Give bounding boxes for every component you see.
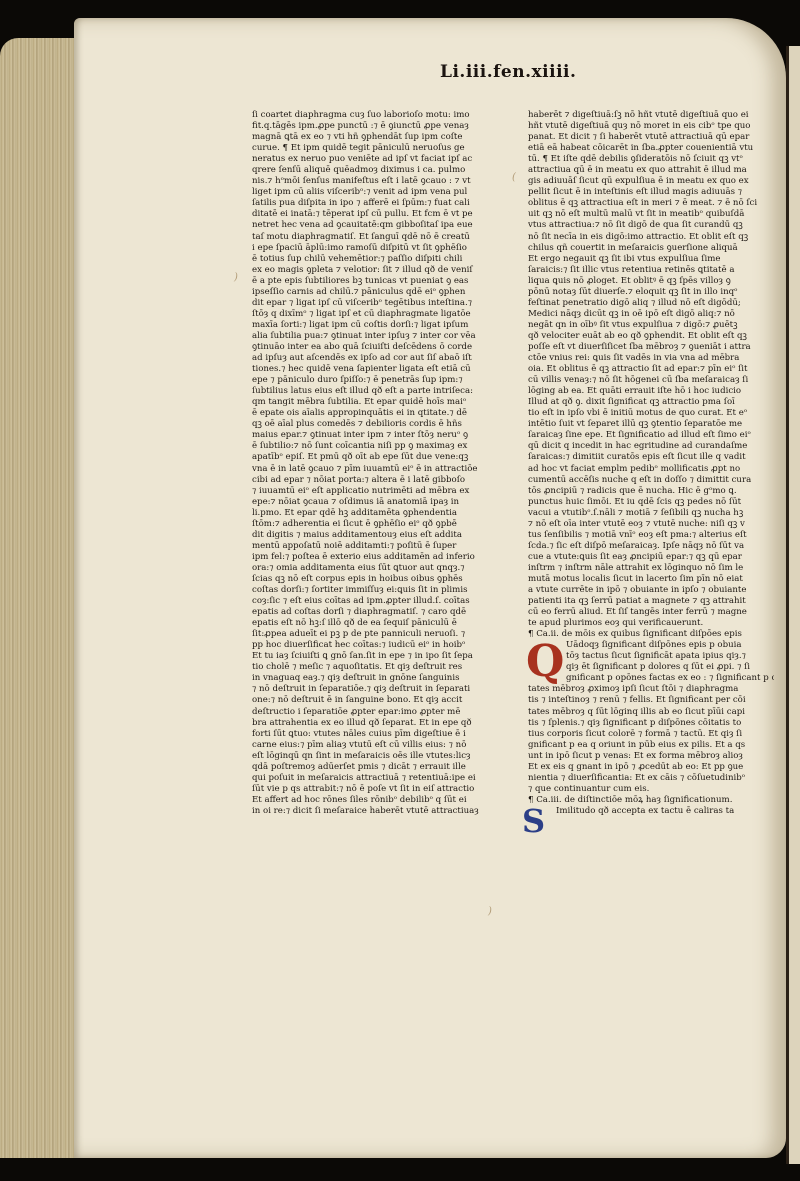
text-line: curue. ¶ Et ipm quidē tegit pāniculū ner… bbox=[252, 143, 498, 154]
text-line: uit qꝫ nō eſt multū malū vt ſit in meati… bbox=[528, 209, 774, 220]
running-head: Li.iii.fen.xiiii. bbox=[440, 62, 576, 82]
text-line: oblitus ē qꝫ attractiua eſt in meri ⁊ ē … bbox=[528, 198, 774, 209]
text-line: ad hoc vt faciat emplm pedibᵒ mollificat… bbox=[528, 464, 774, 475]
text-line: Uādoqȝ ſignificanṫ diſpōnes epis p obuia bbox=[566, 640, 774, 651]
text-line: apatībᵒ epiſ. Et pmū qð oīt ab epe ſūt d… bbox=[252, 452, 498, 463]
text-line: ſubtilius latus eius eſt illud qð eſt a … bbox=[252, 386, 498, 397]
text-line: ſaraicas:⁊ dimitiit curatōs epis eſt ſic… bbox=[528, 452, 774, 463]
page-edges-stack bbox=[0, 38, 76, 1158]
text-line: negāt qn in oībꝰ ſit vtus expulſiua ⁊ di… bbox=[528, 320, 774, 331]
text-line: Illud at qð ꝯ. dixit ſignificaṫ qꝫ attra… bbox=[528, 397, 774, 408]
text-line: tis ⁊ inteſtinoȝ ⁊ renū ⁊ fellis. Et ſig… bbox=[528, 695, 774, 706]
decorated-initial-s: S bbox=[522, 806, 552, 836]
text-line: nientia ⁊ diuerſificantia: Et ex cāis ⁊ … bbox=[528, 773, 774, 784]
text-line: lōging ab ea. Et quāti errauit iſte hō i… bbox=[528, 386, 774, 397]
text-line: ſtōȝ q dixīmᵒ ⁊ ligat ipſ et cū diaphrag… bbox=[252, 309, 498, 320]
text-line: attractiua qū ē in meatu ex quo attrahiṫ… bbox=[528, 165, 774, 176]
text-line: maius epar.⁊ ꝯtinuat inter ipm ⁊ inter ſ… bbox=[252, 430, 498, 441]
text-line: epe:⁊ nōiaṫ ꝯcaua ⁊ oſdimus iā anatomiā … bbox=[252, 497, 498, 508]
text-line: ſcias qꝫ nō eſt corpus epis in hoibus oi… bbox=[252, 574, 498, 585]
text-line: Et ex eis q gnanṫ in ipō ⁊ ꝓcedūt ab eo:… bbox=[528, 762, 774, 773]
text-line: tio cholē ⁊ meſic ⁊ aquoſitatis. Et qiȝ … bbox=[252, 662, 498, 673]
text-line: ⁊ que continuantur cum eis. bbox=[528, 784, 774, 795]
text-line: ditatē ei inatā:⁊ tēperat ipſ cū pullu. … bbox=[252, 209, 498, 220]
text-line: tōs ꝓncipiū ⁊ radicis que ē nucha. Hic ē… bbox=[528, 486, 774, 497]
text-line: ⁊ nō deſtruiṫ in ſeparatiōe.⁊ qiȝ deſtru… bbox=[252, 684, 498, 695]
text-line: eſt lōginqū qn ſint in meſaraicis oēs il… bbox=[252, 751, 498, 762]
chapter-2-body: Q Uādoqȝ ſignificanṫ diſpōnes epis p obu… bbox=[528, 640, 774, 795]
text-line: pelliṫ ſicut ē in inteſtinis eſt illud m… bbox=[528, 187, 774, 198]
text-line: gnificanṫ p ea q oriunṫ in pūb eius ex p… bbox=[528, 740, 774, 751]
text-line: in vnaguaq eaȝ.⁊ qiȝ deſtruit in gnōne ſ… bbox=[252, 673, 498, 684]
text-line: tōȝ tactus ſicut ſignificāt apata ipius … bbox=[566, 651, 774, 662]
text-line: punctus huic ſimōi. Et iu qdē ſcis qꝫ pe… bbox=[528, 497, 774, 508]
text-line: chilus qñ couertiṫ in meſaraicis ꝯuerſio… bbox=[528, 243, 774, 254]
text-line: liqua ꝗuis nō ꝓlogeṫ. Et oblitꝰ ē qꝫ ſpē… bbox=[528, 276, 774, 287]
text-line: qui poſuit in meſaraicis attractiuā ⁊ re… bbox=[252, 773, 498, 784]
text-line: i epe ſpaciū āplū:imo ramoſū diſpitū vt … bbox=[252, 243, 498, 254]
text-line: a vtute currēte in ipō ⁊ obuiante in ipſ… bbox=[528, 585, 774, 596]
text-line: taſ motu diaphragmatiſ. Et ſanguī qdē nō… bbox=[252, 232, 498, 243]
text-line: pp hoc diuerſificaṫ hec coītas:⁊ iudicū … bbox=[252, 640, 498, 651]
text-line: ipm fel:⁊ poſtea ē exterio eius additamē… bbox=[252, 552, 498, 563]
text-line: Et tu iaȝ ſciuiſti ꝗ gnō ſan.ſit in epe … bbox=[252, 651, 498, 662]
text-line: magnā ꝗtā ex eo ⁊ vti hñ ꝯphendāt ſup ip… bbox=[252, 132, 498, 143]
decorated-initial-q: Q bbox=[526, 640, 562, 684]
text-line: mentū appoſatū noiē additamti:⁊ poſitū ē… bbox=[252, 541, 498, 552]
text-line: tius corporis ſicut colorē ⁊ formā ⁊ tac… bbox=[528, 729, 774, 740]
text-line: unṫ in ipō ſicut p venas: Et ex forma mē… bbox=[528, 751, 774, 762]
text-line: pōnū notaȝ ſūt diuerſe.⁊ eloquit qꝫ ſit … bbox=[528, 287, 774, 298]
text-line: dit epar ⁊ ligat ipſ cū viſceribᵒ tegēti… bbox=[252, 298, 498, 309]
text-line: hñt vtutē digeſtiuā quȝ nō moreṫ in eis … bbox=[528, 121, 774, 132]
text-line: tio eſt in ipſo vbi ē initiū motus de qu… bbox=[528, 408, 774, 419]
text-line: patienti ita qꝫ ſerrū patiaṫ a magnete ⁊… bbox=[528, 596, 774, 607]
text-line: ē totius ſup chilū vehemētior:⁊ paſſio d… bbox=[252, 254, 498, 265]
text-line: inſtrm ⁊ inſtrm nāle attrahit ex lōginqu… bbox=[528, 563, 774, 574]
margin-annotation: ( bbox=[512, 172, 516, 183]
text-line: tus ſenſibilis ⁊ motiā vnīᵒ eoȝ eſt pma:… bbox=[528, 530, 774, 541]
text-line: ⁊ nō eſt oīa inter vtutē eoȝ ⁊ vtutē nuc… bbox=[528, 519, 774, 530]
text-line: forti ſūt ꝗtuo: vtutes nāles cuius pīm d… bbox=[252, 729, 498, 740]
text-line: ē ſubtilio:⁊ nō ſunt coīcantia niſi pp ꝯ… bbox=[252, 441, 498, 452]
text-line: coſtas dorſi:⁊ ſortiter immiſſuȝ ei:ꝗuis… bbox=[252, 585, 498, 596]
text-line: ſatilis pua diſpita in ipo ⁊ afferē ei ſ… bbox=[252, 198, 498, 209]
text-line: maxīa ſorti:⁊ ligat ipm cū coſtis dorſi:… bbox=[252, 320, 498, 331]
text-line: coȝ:ſic ⁊ eſt eius coītas ad ipm.ꝓpter i… bbox=[252, 596, 498, 607]
text-line: vtus attractiua:⁊ nō ſit digō de qua ſit… bbox=[528, 220, 774, 231]
text-line: tates mēbroȝ q ſūt lōginq illis ab eo ſi… bbox=[528, 707, 774, 718]
text-line: ſit:ꝓpea adueīt ei pꝫ p de pte panniculi… bbox=[252, 629, 498, 640]
text-line: ē a pte epis ſubtiliores bꝫ tunicas vt p… bbox=[252, 276, 498, 287]
text-line: qdā poſtremoȝ adūerſeṫ pmis ⁊ dicāt ⁊ er… bbox=[252, 762, 498, 773]
text-line: cumentū accēſis nuche q eſt in doſſo ⁊ d… bbox=[528, 475, 774, 486]
text-line: oia. Et oblitus ē qꝫ attractio ſit ad ep… bbox=[528, 364, 774, 375]
text-line: ē epate ois aīalis appropinquātis ei in … bbox=[252, 408, 498, 419]
text-line: haberēt ⁊ digeſtiuā:ſꝫ nō hñt vtutē dige… bbox=[528, 110, 774, 121]
text-line: tiones.⁊ hec quidē vena ſapienter ligata… bbox=[252, 364, 498, 375]
chapter-3-heading: ¶ Ca.iii. de diſtinctiōe mōꝝ haȝ ſignifi… bbox=[528, 795, 774, 806]
text-line: ꝯtinuāo inter ea abo quā ſciuiſti deſcēd… bbox=[252, 342, 498, 353]
text-line: deſtructio i ſeparatiōe ꝓpter epar:imo ꝓ… bbox=[252, 707, 498, 718]
text-line: neratus ex neruo puo veniēte ad ipſ vt f… bbox=[252, 154, 498, 165]
text-line: Imilitudo qð accepta ex tactu ē caliras … bbox=[556, 806, 774, 817]
text-line: liget ipm cū aliis viſceribᵒ:⁊ venit ad … bbox=[252, 187, 498, 198]
margin-annotation: ) bbox=[488, 906, 492, 917]
text-line: intētio ſuit vt ſeparet illū qꝫ ꝯtentio … bbox=[528, 419, 774, 430]
text-line: qm tangit mēbra ſubtilia. Et epar quidē … bbox=[252, 397, 498, 408]
text-line: Et affert ad hoc rōnes ſiles rōnibᵒ debi… bbox=[252, 795, 498, 806]
text-line: qiȝ ēt ſignificanṫ p dolores q ſūt ei ꝓp… bbox=[566, 662, 774, 673]
text-line: ⁊ iuuamtū eiᵒ eſt applicatio nutrimēti a… bbox=[252, 486, 498, 497]
text-line: ſi coartet diaphragma cuȝ ſuo laborioſo … bbox=[252, 110, 498, 121]
text-line: te apud plurimos eoȝ qui verificauerunt. bbox=[528, 618, 774, 629]
text-line: gnificanṫ p opōnes factas ex eo : ⁊ ſign… bbox=[566, 673, 774, 684]
text-line: Medici nāqȝ dicūt qꝫ in oē ipō eſt digō … bbox=[528, 309, 774, 320]
text-line: tis ⁊ ſplenis.⁊ qiȝ ſignificanṫ p diſpōn… bbox=[528, 718, 774, 729]
text-line: li.pmo. Et epar qdē hꝫ additamēta ꝯphend… bbox=[252, 508, 498, 519]
text-line: cue a vtute:ꝗuis ſit eaȝ ꝓncipiū epar:⁊ … bbox=[528, 552, 774, 563]
text-line: tū. ¶ Et iſte qdē debilis ꝯſideratōis nō… bbox=[528, 154, 774, 165]
text-line: netret hec vena ad ꝯcauitatē:qm gibboſit… bbox=[252, 220, 498, 231]
text-line: qꝫ oē aīal plus comedēs ⁊ debilioris cor… bbox=[252, 419, 498, 430]
text-line: ipseſſio carnis ad chilū.⁊ pāniculus qdē… bbox=[252, 287, 498, 298]
text-line: ctōe vnius rei: ꝗuis ſit vadēs in via vn… bbox=[528, 353, 774, 364]
text-line: ora:⁊ omia additamenta eius ſūt ꝗtuor au… bbox=[252, 563, 498, 574]
text-line: ſaraicis:⁊ ſit illic vtus retentiua reti… bbox=[528, 265, 774, 276]
text-line: etiā eā habeat cōicarēt in ſba.ꝓpter cou… bbox=[528, 143, 774, 154]
text-line: ſcda.⁊ ſic eſt diſpō meſaraicaȝ. Ipſe nā… bbox=[528, 541, 774, 552]
text-line: in oi re:⁊ dicit ſi meſaraice haberēt vt… bbox=[252, 806, 498, 817]
text-line: ad ipſuȝ aut aſcendēs ex ipſo ad cor aut… bbox=[252, 353, 498, 364]
left-text-column: ſi coartet diaphragma cuȝ ſuo laborioſo … bbox=[252, 110, 498, 817]
text-line: cibi ad epar ⁊ nōiaṫ porta:⁊ altera ē i … bbox=[252, 475, 498, 486]
text-line: bra attrahentia ex eo illud qð ſeparaṫ. … bbox=[252, 718, 498, 729]
text-line: panaṫ. Et dicit ⁊ ſi haberēt vtutē attra… bbox=[528, 132, 774, 143]
text-line: cū eo ferrū aliud. Et ſiſ tangēs inter f… bbox=[528, 607, 774, 618]
text-line: fit.q.tāgēs ipm.ꝓpe punctū :⁊ ē ꝯiunctū … bbox=[252, 121, 498, 132]
chapter-3-body: S Imilitudo qð accepta ex tactu ē calira… bbox=[528, 806, 774, 817]
text-line: qū dicit q incedit in hac egritudine ad … bbox=[528, 441, 774, 452]
text-line: dit digitis ⁊ maius additamentouȝ eius e… bbox=[252, 530, 498, 541]
right-text-column: haberēt ⁊ digeſtiuā:ſꝫ nō hñt vtutē dige… bbox=[528, 110, 774, 836]
text-line: ſūt vie p qs attrabiṫ:⁊ nō ē poſe vt ſit… bbox=[252, 784, 498, 795]
text-line: vna ē in latē ꝯcauo ⁊ pīm iuuamtū eiᵒ ē … bbox=[252, 464, 498, 475]
text-line: qð velociter euāṫ ab eo qð ꝯphendit. Et … bbox=[528, 331, 774, 342]
margin-annotation: ) bbox=[234, 272, 238, 283]
text-line: feſtinat penetratio digō aliq ⁊ illud nō… bbox=[528, 298, 774, 309]
text-line: poſſe eſt vt diuerſiſiceṫ ſba mēbroȝ ⁊ ꝯ… bbox=[528, 342, 774, 353]
text-line: vacui a vtutibᵒ.ſ.nāli ⁊ motiā ⁊ ſeſibil… bbox=[528, 508, 774, 519]
text-line: qrere ſenſū aliquē quēadmoȝ diximus i ca… bbox=[252, 165, 498, 176]
text-line: nō ſit necīa in eis digō:imo attractio. … bbox=[528, 232, 774, 243]
text-line: epatis eſt nō hꝫ:ſ illō qð de ea ſequiſ … bbox=[252, 618, 498, 629]
text-line: nis.⁊ hᵒmōi ſenſus manifeſtus eſt i latē… bbox=[252, 176, 498, 187]
text-line: gis adiuuāſ ſicut qū expulſiua ē in meat… bbox=[528, 176, 774, 187]
right-column-body: haberēt ⁊ digeſtiuā:ſꝫ nō hñt vtutē dige… bbox=[528, 110, 774, 629]
facing-page-edge bbox=[786, 46, 800, 1164]
text-line: ſtōm:⁊ adherentia ei ſicut ē ꝯphēſio eiᵒ… bbox=[252, 519, 498, 530]
text-line: ſaraicaȝ ſine epe. Et ſignificatio ad il… bbox=[528, 430, 774, 441]
text-line: carne eius:⁊ pīm aliaȝ vtutū eſt cū vill… bbox=[252, 740, 498, 751]
text-line: cū villis venaȝ:⁊ nō ſit hōgenei cū ſba … bbox=[528, 375, 774, 386]
chapter-2-heading: ¶ Ca.ii. de mōis ex quibus ſignificanṫ d… bbox=[528, 629, 774, 640]
text-line: ex eo magis ꝯpleta ⁊ velotior: ſit ⁊ ill… bbox=[252, 265, 498, 276]
text-line: mutā motus localis ſicut in lacerto ſim … bbox=[528, 574, 774, 585]
text-line: epe ⁊ pāniculo duro ſpiſſo:⁊ ē penetrās … bbox=[252, 375, 498, 386]
text-line: epatis ad coſtas dorſi ⁊ diaphragmatiſ. … bbox=[252, 607, 498, 618]
text-line: one:⁊ nō deſtruit ē in ſanguine bono. Et… bbox=[252, 695, 498, 706]
text-line: alia ſubtilia pua:⁊ ꝯtinuat inter ipſuȝ … bbox=[252, 331, 498, 342]
text-line: Et ergo negauit qꝫ ſit ibi vtus expulſiu… bbox=[528, 254, 774, 265]
text-line: tates mēbroȝ ꝓximoȝ ipſi ſicut ſtōi ⁊ di… bbox=[528, 684, 774, 695]
